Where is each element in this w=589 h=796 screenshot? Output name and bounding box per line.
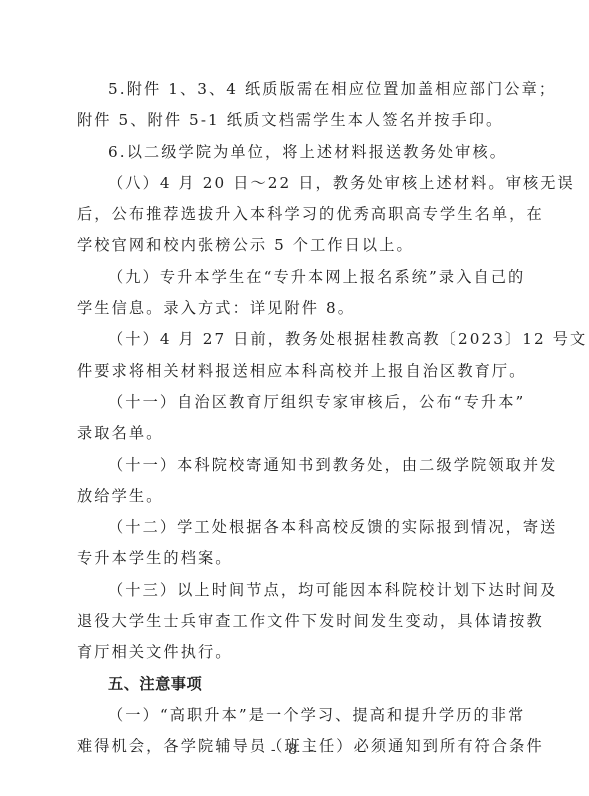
text-line: （八）4 月 20 日～22 日，教务处审核上述材料。审核无误 — [77, 168, 517, 199]
text-line: 附件 5、附件 5-1 纸质文档需学生本人签名并按手印。 — [77, 105, 517, 136]
text-line: 后，公布推荐选拔升入本科学习的优秀高职高专学生名单，在 — [77, 199, 517, 230]
text-line: （一）“高职升本”是一个学习、提高和提升学历的非常 — [77, 700, 517, 731]
text-line: 6.以二级学院为单位，将上述材料报送教务处审核。 — [77, 137, 517, 168]
text-line: （十三）以上时间节点，均可能因本科院校计划下达时间及 — [77, 575, 517, 606]
text-line: （十一）本科院校寄通知书到教务处，由二级学院领取并发 — [77, 450, 517, 481]
text-line: 放给学生。 — [77, 481, 517, 512]
text-line: （十一）自治区教育厅组织专家审核后，公布“专升本” — [77, 387, 517, 418]
text-line: （九）专升本学生在“专升本网上报名系统”录入自己的 — [77, 262, 517, 293]
document-page: 5.附件 1、3、4 纸质版需在相应位置加盖相应部门公章； 附件 5、附件 5-… — [0, 0, 589, 796]
text-line: （十）4 月 27 日前，教务处根据桂教高教〔2023〕12 号文 — [77, 324, 517, 355]
text-line: 学生信息。录入方式：详见附件 8。 — [77, 293, 517, 324]
text-line: 件要求将相关材料报送相应本科高校并上报自治区教育厅。 — [77, 356, 517, 387]
text-line: 学校官网和校内张榜公示 5 个工作日以上。 — [77, 230, 517, 261]
text-line: 专升本学生的档案。 — [77, 543, 517, 574]
text-line: （十二）学工处根据各本科高校反馈的实际报到情况，寄送 — [77, 512, 517, 543]
text-line: 退役大学生士兵审查工作文件下发时间发生变动，具体请按教 — [77, 606, 517, 637]
page-number: - 8 - — [0, 742, 589, 758]
text-line: 育厅相关文件执行。 — [77, 637, 517, 668]
document-body: 5.附件 1、3、4 纸质版需在相应位置加盖相应部门公章； 附件 5、附件 5-… — [77, 74, 517, 763]
section-heading: 五、注意事项 — [77, 669, 517, 700]
text-line: 5.附件 1、3、4 纸质版需在相应位置加盖相应部门公章； — [77, 74, 517, 105]
text-line: 录取名单。 — [77, 418, 517, 449]
